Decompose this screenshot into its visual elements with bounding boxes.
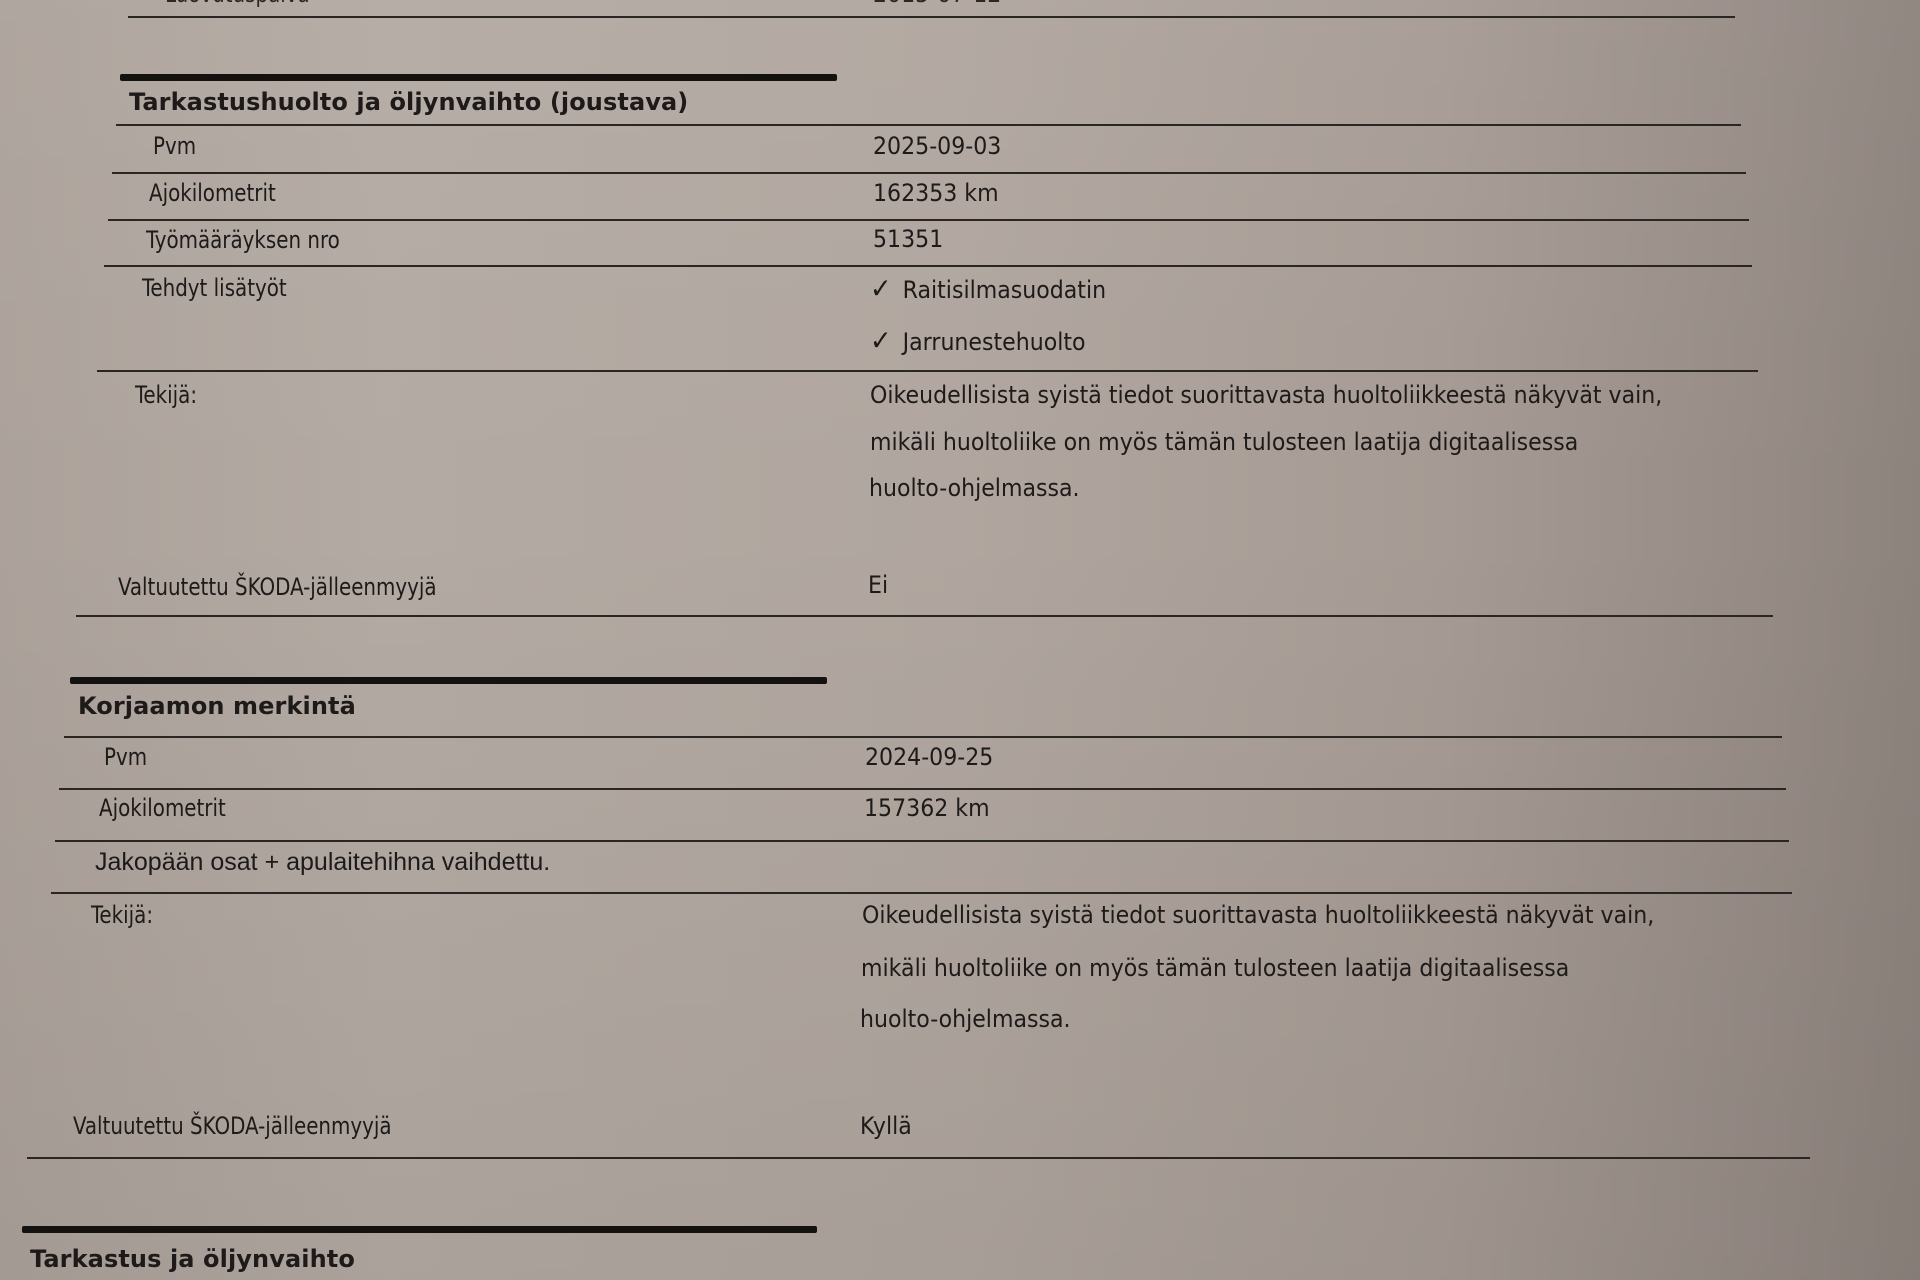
section-bar: [22, 1226, 817, 1233]
row-divider: [55, 840, 1789, 842]
extra-work-item: ✓Raitisilmasuodatin: [870, 272, 1106, 305]
checkmark-icon: ✓: [870, 324, 892, 357]
row-divider: [116, 124, 1741, 126]
performer-text-line: huolto-ohjelmassa.: [869, 474, 1080, 502]
row-value: 2025-09-03: [873, 132, 1001, 160]
checkmark-icon: ✓: [870, 272, 892, 305]
row-label: Tehdyt lisätyöt: [142, 274, 287, 302]
workshop-note: Jakopään osat + apulaitehihna vaihdettu.: [95, 848, 550, 877]
row-divider: [76, 615, 1773, 617]
row-label: Työmääräyksen nro: [146, 226, 340, 254]
row-label: Valtuutettu ŠKODA-jälleenmyyjä: [73, 1112, 392, 1140]
previous-row-label: Luovutuspäivä: [165, 0, 310, 8]
row-value: 51351: [873, 225, 943, 253]
row-divider: [97, 370, 1758, 372]
section-title: Tarkastushuolto ja öljynvaihto (joustava…: [129, 88, 688, 116]
row-value: 162353 km: [873, 179, 999, 207]
row-label: Valtuutettu ŠKODA-jälleenmyyjä: [118, 573, 437, 601]
row-label: Pvm: [104, 743, 147, 771]
performer-text-line: Oikeudellisista syistä tiedot suorittava…: [870, 381, 1662, 409]
row-divider: [59, 788, 1786, 790]
performer-text-line: mikäli huoltoliike on myös tämän tuloste…: [870, 428, 1578, 456]
row-divider: [51, 892, 1792, 894]
row-value: Ei: [868, 571, 888, 599]
row-label: Tekijä:: [135, 381, 197, 409]
section-bar: [70, 677, 827, 684]
row-divider: [108, 219, 1749, 221]
row-divider: [64, 736, 1782, 738]
section-title: Tarkastus ja öljynvaihto: [30, 1245, 355, 1273]
section-bar: [120, 74, 837, 81]
row-divider: [112, 172, 1746, 174]
performer-text-line: mikäli huoltoliike on myös tämän tuloste…: [861, 954, 1569, 982]
row-divider: [128, 16, 1735, 18]
row-divider: [27, 1157, 1810, 1159]
performer-text-line: Oikeudellisista syistä tiedot suorittava…: [862, 901, 1654, 929]
section-title: Korjaamon merkintä: [78, 692, 356, 720]
row-value: 157362 km: [864, 794, 990, 822]
row-value: Kyllä: [860, 1112, 912, 1140]
row-value: 2024-09-25: [865, 743, 993, 771]
extra-work-item: ✓Jarrunestehuolto: [870, 324, 1086, 357]
row-label: Ajokilometrit: [99, 794, 226, 822]
previous-row-value: 2015-07-12: [873, 0, 1001, 8]
row-label: Ajokilometrit: [149, 179, 276, 207]
row-label: Tekijä:: [91, 901, 153, 929]
performer-text-line: huolto-ohjelmassa.: [860, 1005, 1071, 1033]
row-label: Pvm: [153, 132, 196, 160]
row-divider: [104, 265, 1752, 267]
